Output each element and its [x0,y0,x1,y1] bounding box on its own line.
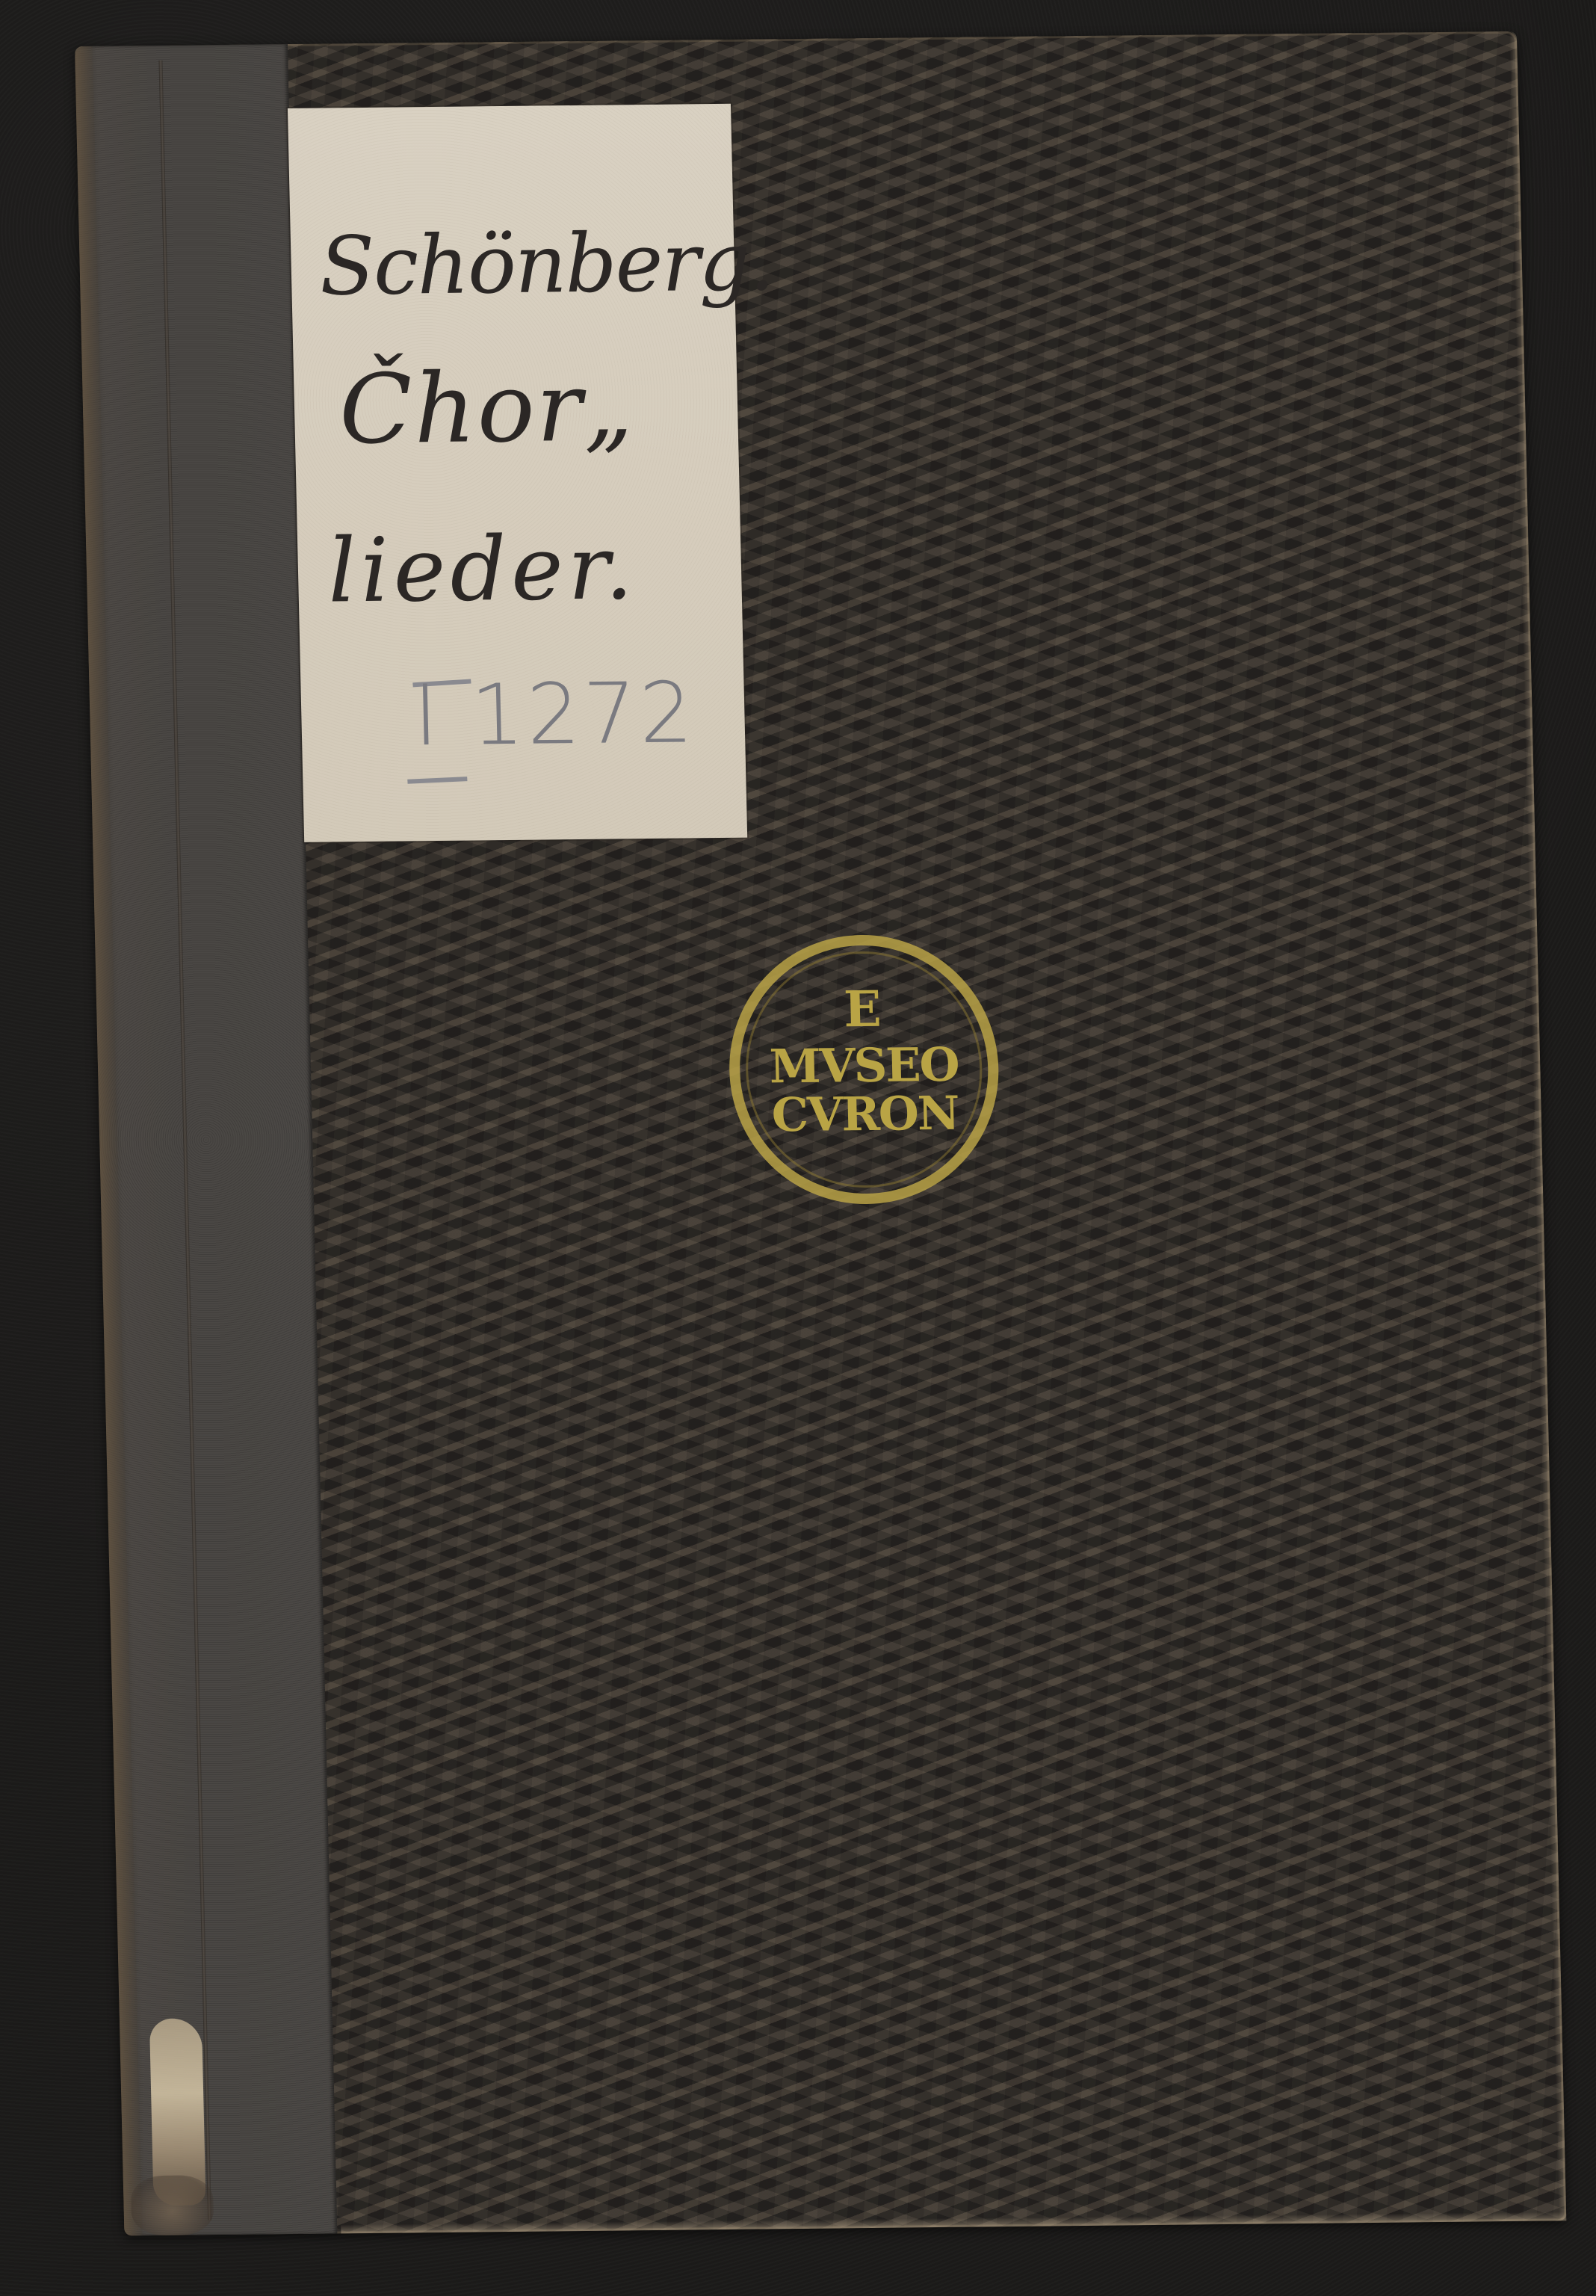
shelfmark-underline [407,777,467,784]
label-shelfmark: I 1272 [412,664,746,765]
title-label: Schönberg. Čhor„ lieder. I 1272 [288,104,747,842]
label-title-line2: lieder. [327,515,742,623]
label-author: Schönberg. [318,216,735,314]
stamp-line1: E [738,983,987,1034]
label-title-line1: Čhor„ [338,351,738,466]
stamp-line3: CVRON [740,1090,989,1138]
stamp-line2: MVSEO [739,1041,988,1090]
spine-crease [158,61,211,2221]
spine-fray-damage [131,2175,214,2235]
book: Schönberg. Čhor„ lieder. I 1272 E MVSEO … [75,31,1566,2236]
